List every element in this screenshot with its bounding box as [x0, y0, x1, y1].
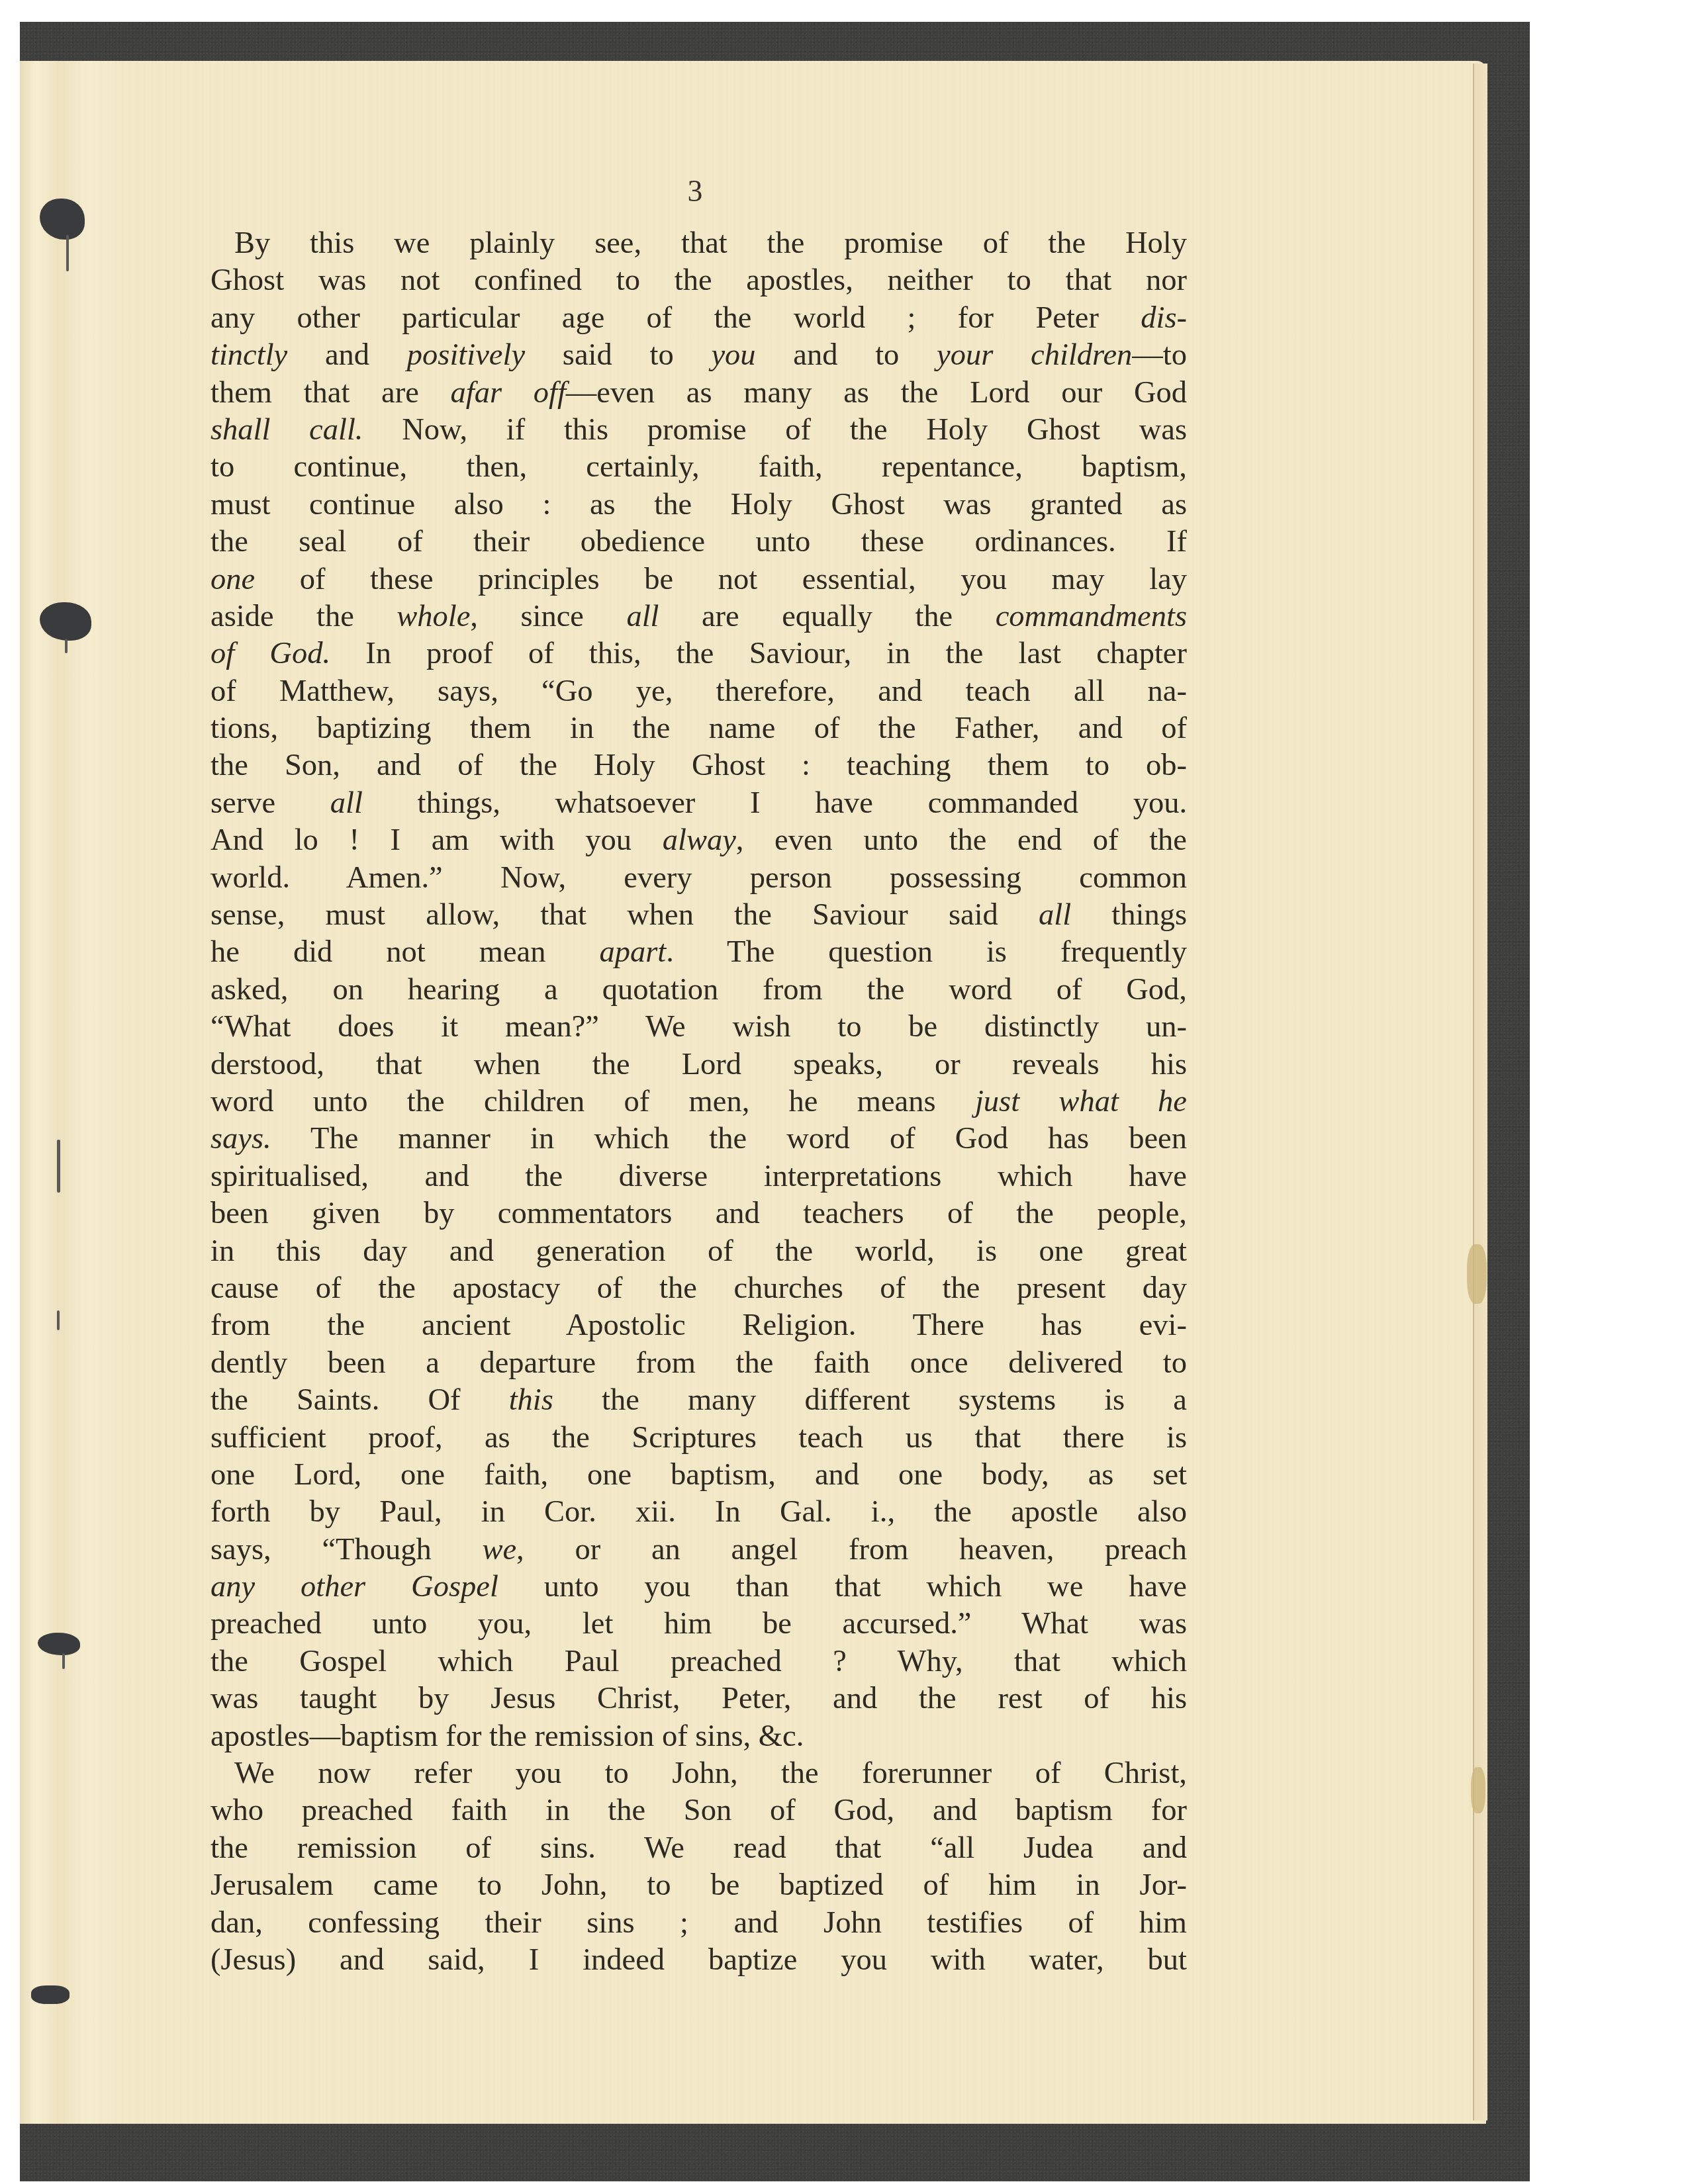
- text-run: aside the: [211, 600, 397, 633]
- text-line: By this we plainly see, that the promise…: [211, 225, 1187, 262]
- text-run: sense, must allow, that when the Saviour…: [211, 898, 1039, 932]
- text-run: The manner in which the word of God has …: [271, 1122, 1187, 1156]
- text-run: the Saints. Of: [211, 1383, 509, 1417]
- text-run: the many different systems is a: [553, 1383, 1187, 1417]
- stitch-mark-icon: [57, 1140, 60, 1193]
- text-line: Ghost was not confined to the apostles, …: [211, 262, 1187, 299]
- text-line: world. Amen.” Now, every person possessi…: [211, 860, 1187, 897]
- page-number: 3: [682, 173, 708, 208]
- text-line: the Gospel which Paul preached ? Why, th…: [211, 1643, 1187, 1680]
- text-run: derstood, that when the Lord speaks, or …: [211, 1048, 1187, 1081]
- text-line: cause of the apostacy of the churches of…: [211, 1270, 1187, 1307]
- italic-text: alway: [663, 823, 736, 857]
- text-run: the Son, and of the Holy Ghost : teachin…: [211, 749, 1187, 782]
- text-line: sense, must allow, that when the Saviour…: [211, 897, 1187, 934]
- text-run: things, whatsoever I have commanded you.: [363, 786, 1187, 820]
- italic-text: tinctly: [211, 338, 287, 372]
- body-text: By this we plainly see, that the promise…: [211, 225, 1187, 1979]
- text-run: asked, on hearing a quotation from the w…: [211, 973, 1187, 1007]
- text-run: the Gospel which Paul preached ? Why, th…: [211, 1645, 1187, 1678]
- text-run: . The question is frequently: [666, 935, 1187, 969]
- binding-thread-icon: [62, 1653, 65, 1669]
- italic-text: your children: [937, 338, 1132, 372]
- binding-hole-icon: [31, 1985, 70, 2004]
- text-line: word unto the children of men, he means …: [211, 1083, 1187, 1120]
- text-run: —even as many as the Lord our God: [566, 376, 1187, 410]
- italic-text: says.: [211, 1122, 271, 1156]
- text-run: preached unto you, let him be accursed.”…: [211, 1607, 1187, 1641]
- text-run: —to: [1132, 338, 1187, 372]
- edge-stain: [1467, 1244, 1487, 1304]
- italic-text: afar off: [451, 376, 566, 410]
- italic-text: all: [330, 786, 363, 820]
- text-line: asked, on hearing a quotation from the w…: [211, 972, 1187, 1009]
- text-run: must continue also : as the Holy Ghost w…: [211, 488, 1187, 522]
- text-line: And lo ! I am with you alway, even unto …: [211, 822, 1187, 859]
- text-run: of Matthew, says, “Go ye, therefore, and…: [211, 674, 1187, 708]
- text-line: aside the whole, since all are equally t…: [211, 598, 1187, 635]
- text-line: any other particular age of the world ; …: [211, 300, 1187, 337]
- text-line: sufficient proof, as the Scriptures teac…: [211, 1420, 1187, 1457]
- text-run: the seal of their obedience unto these o…: [211, 525, 1187, 559]
- text-line: of God. In proof of this, the Saviour, i…: [211, 635, 1187, 672]
- text-run: who preached faith in the Son of God, an…: [211, 1794, 1187, 1827]
- text-run: said to: [525, 338, 711, 372]
- text-line: dently been a departure from the faith o…: [211, 1345, 1187, 1382]
- text-run: sufficient proof, as the Scriptures teac…: [211, 1421, 1187, 1455]
- text-line: was taught by Jesus Christ, Peter, and t…: [211, 1680, 1187, 1717]
- text-run: and: [287, 338, 407, 372]
- italic-text: of God.: [211, 637, 330, 670]
- text-run: world. Amen.” Now, every person possessi…: [211, 861, 1187, 895]
- text-line: been given by commentators and teachers …: [211, 1195, 1187, 1232]
- text-line: spiritualised, and the diverse interpret…: [211, 1158, 1187, 1195]
- text-line: the seal of their obedience unto these o…: [211, 523, 1187, 561]
- text-run: of these principles be not essential, yo…: [255, 563, 1187, 596]
- text-run: one Lord, one faith, one baptism, and on…: [211, 1458, 1187, 1492]
- text-run: We now refer you to John, the forerunner…: [234, 1756, 1187, 1790]
- text-line: of Matthew, says, “Go ye, therefore, and…: [211, 673, 1187, 710]
- text-run: in this day and generation of the world,…: [211, 1234, 1187, 1268]
- binding-thread-icon: [66, 235, 69, 271]
- text-run: was taught by Jesus Christ, Peter, and t…: [211, 1682, 1187, 1715]
- text-line: them that are afar off—even as many as t…: [211, 375, 1187, 412]
- italic-text: commandments: [996, 600, 1187, 633]
- text-run: (Jesus) and said, I indeed baptize you w…: [211, 1943, 1187, 1977]
- text-line: “What does it mean?” We wish to be disti…: [211, 1009, 1187, 1046]
- italic-text: all: [1039, 898, 1071, 932]
- text-run: Jerusalem came to John, to be baptized o…: [211, 1868, 1187, 1902]
- text-run: , even unto the end of the: [736, 823, 1187, 857]
- italic-text: just what he: [975, 1085, 1187, 1118]
- text-run: are equally the: [659, 600, 995, 633]
- text-line: the Son, and of the Holy Ghost : teachin…: [211, 747, 1187, 784]
- paragraph: By this we plainly see, that the promise…: [211, 225, 1187, 1755]
- text-line: tinctly and positively said to you and t…: [211, 337, 1187, 374]
- text-line: forth by Paul, in Cor. xii. In Gal. i., …: [211, 1494, 1187, 1531]
- text-run: unto you than that which we have: [498, 1570, 1187, 1604]
- text-run: And lo ! I am with you: [211, 823, 663, 857]
- text-line: Jerusalem came to John, to be baptized o…: [211, 1867, 1187, 1904]
- italic-text: positively: [407, 338, 525, 372]
- italic-text: one: [211, 563, 255, 596]
- text-run: Now, if this promise of the Holy Ghost w…: [363, 413, 1187, 447]
- text-run: says, “Though: [211, 1533, 482, 1567]
- text-line: the Saints. Of this the many different s…: [211, 1382, 1187, 1419]
- text-line: says, “Though we, or an angel from heave…: [211, 1531, 1187, 1569]
- text-run: By this we plainly see, that the promise…: [234, 226, 1187, 260]
- text-line: We now refer you to John, the forerunner…: [211, 1755, 1187, 1792]
- text-run: tions, baptizing them in the name of the…: [211, 711, 1187, 745]
- italic-text: this: [509, 1383, 553, 1417]
- text-run: the remission of sins. We read that “all…: [211, 1831, 1187, 1865]
- italic-text: any other Gospel: [211, 1570, 498, 1604]
- text-line: dan, confessing their sins ; and John te…: [211, 1905, 1187, 1942]
- italic-text: whole: [397, 600, 470, 633]
- text-run: , or an angel from heaven, preach: [516, 1533, 1187, 1567]
- text-line: one Lord, one faith, one baptism, and on…: [211, 1457, 1187, 1494]
- italic-text: dis-: [1141, 301, 1187, 335]
- text-run: any other particular age of the world ; …: [211, 301, 1141, 335]
- stitch-mark-icon: [57, 1310, 60, 1330]
- text-run: them that are: [211, 376, 451, 410]
- text-run: dently been a departure from the faith o…: [211, 1346, 1187, 1380]
- text-run: “What does it mean?” We wish to be disti…: [211, 1010, 1187, 1044]
- text-run: cause of the apostacy of the churches of…: [211, 1271, 1187, 1305]
- italic-text: shall call.: [211, 413, 363, 447]
- text-line: one of these principles be not essential…: [211, 561, 1187, 598]
- text-line: tions, baptizing them in the name of the…: [211, 710, 1187, 747]
- text-line: in this day and generation of the world,…: [211, 1233, 1187, 1270]
- edge-stain: [1471, 1767, 1485, 1813]
- italic-text: we: [482, 1533, 516, 1567]
- text-line: must continue also : as the Holy Ghost w…: [211, 486, 1187, 523]
- text-line: to continue, then, certainly, faith, rep…: [211, 449, 1187, 486]
- text-run: things: [1071, 898, 1187, 932]
- text-run: Ghost was not confined to the apostles, …: [211, 263, 1187, 297]
- text-line: who preached faith in the Son of God, an…: [211, 1792, 1187, 1829]
- italic-text: apart: [599, 935, 666, 969]
- italic-text: all: [626, 600, 659, 633]
- text-run: to continue, then, certainly, faith, rep…: [211, 450, 1187, 484]
- text-run: apostles—baptism for the remission of si…: [211, 1719, 804, 1753]
- text-run: spiritualised, and the diverse interpret…: [211, 1160, 1187, 1193]
- text-line: from the ancient Apostolic Religion. The…: [211, 1307, 1187, 1344]
- text-run: In proof of this, the Saviour, in the la…: [330, 637, 1187, 670]
- text-line: he did not mean apart. The question is f…: [211, 934, 1187, 971]
- text-run: , since: [470, 600, 626, 633]
- text-line: apostles—baptism for the remission of si…: [211, 1718, 1187, 1755]
- text-run: from the ancient Apostolic Religion. The…: [211, 1308, 1187, 1342]
- text-line: says. The manner in which the word of Go…: [211, 1120, 1187, 1158]
- text-run: he did not mean: [211, 935, 599, 969]
- text-run: dan, confessing their sins ; and John te…: [211, 1906, 1187, 1940]
- text-line: any other Gospel unto you than that whic…: [211, 1569, 1187, 1606]
- text-run: word unto the children of men, he means: [211, 1085, 975, 1118]
- text-line: (Jesus) and said, I indeed baptize you w…: [211, 1942, 1187, 1979]
- binding-thread-icon: [65, 639, 68, 653]
- text-run: been given by commentators and teachers …: [211, 1197, 1187, 1230]
- text-run: forth by Paul, in Cor. xii. In Gal. i., …: [211, 1495, 1187, 1529]
- text-line: serve all things, whatsoever I have comm…: [211, 785, 1187, 822]
- text-run: and to: [756, 338, 937, 372]
- text-line: preached unto you, let him be accursed.”…: [211, 1606, 1187, 1643]
- text-line: derstood, that when the Lord speaks, or …: [211, 1046, 1187, 1083]
- paragraph: We now refer you to John, the forerunner…: [211, 1755, 1187, 1979]
- italic-text: you: [711, 338, 755, 372]
- text-line: the remission of sins. We read that “all…: [211, 1830, 1187, 1867]
- text-line: shall call. Now, if this promise of the …: [211, 412, 1187, 449]
- text-run: serve: [211, 786, 330, 820]
